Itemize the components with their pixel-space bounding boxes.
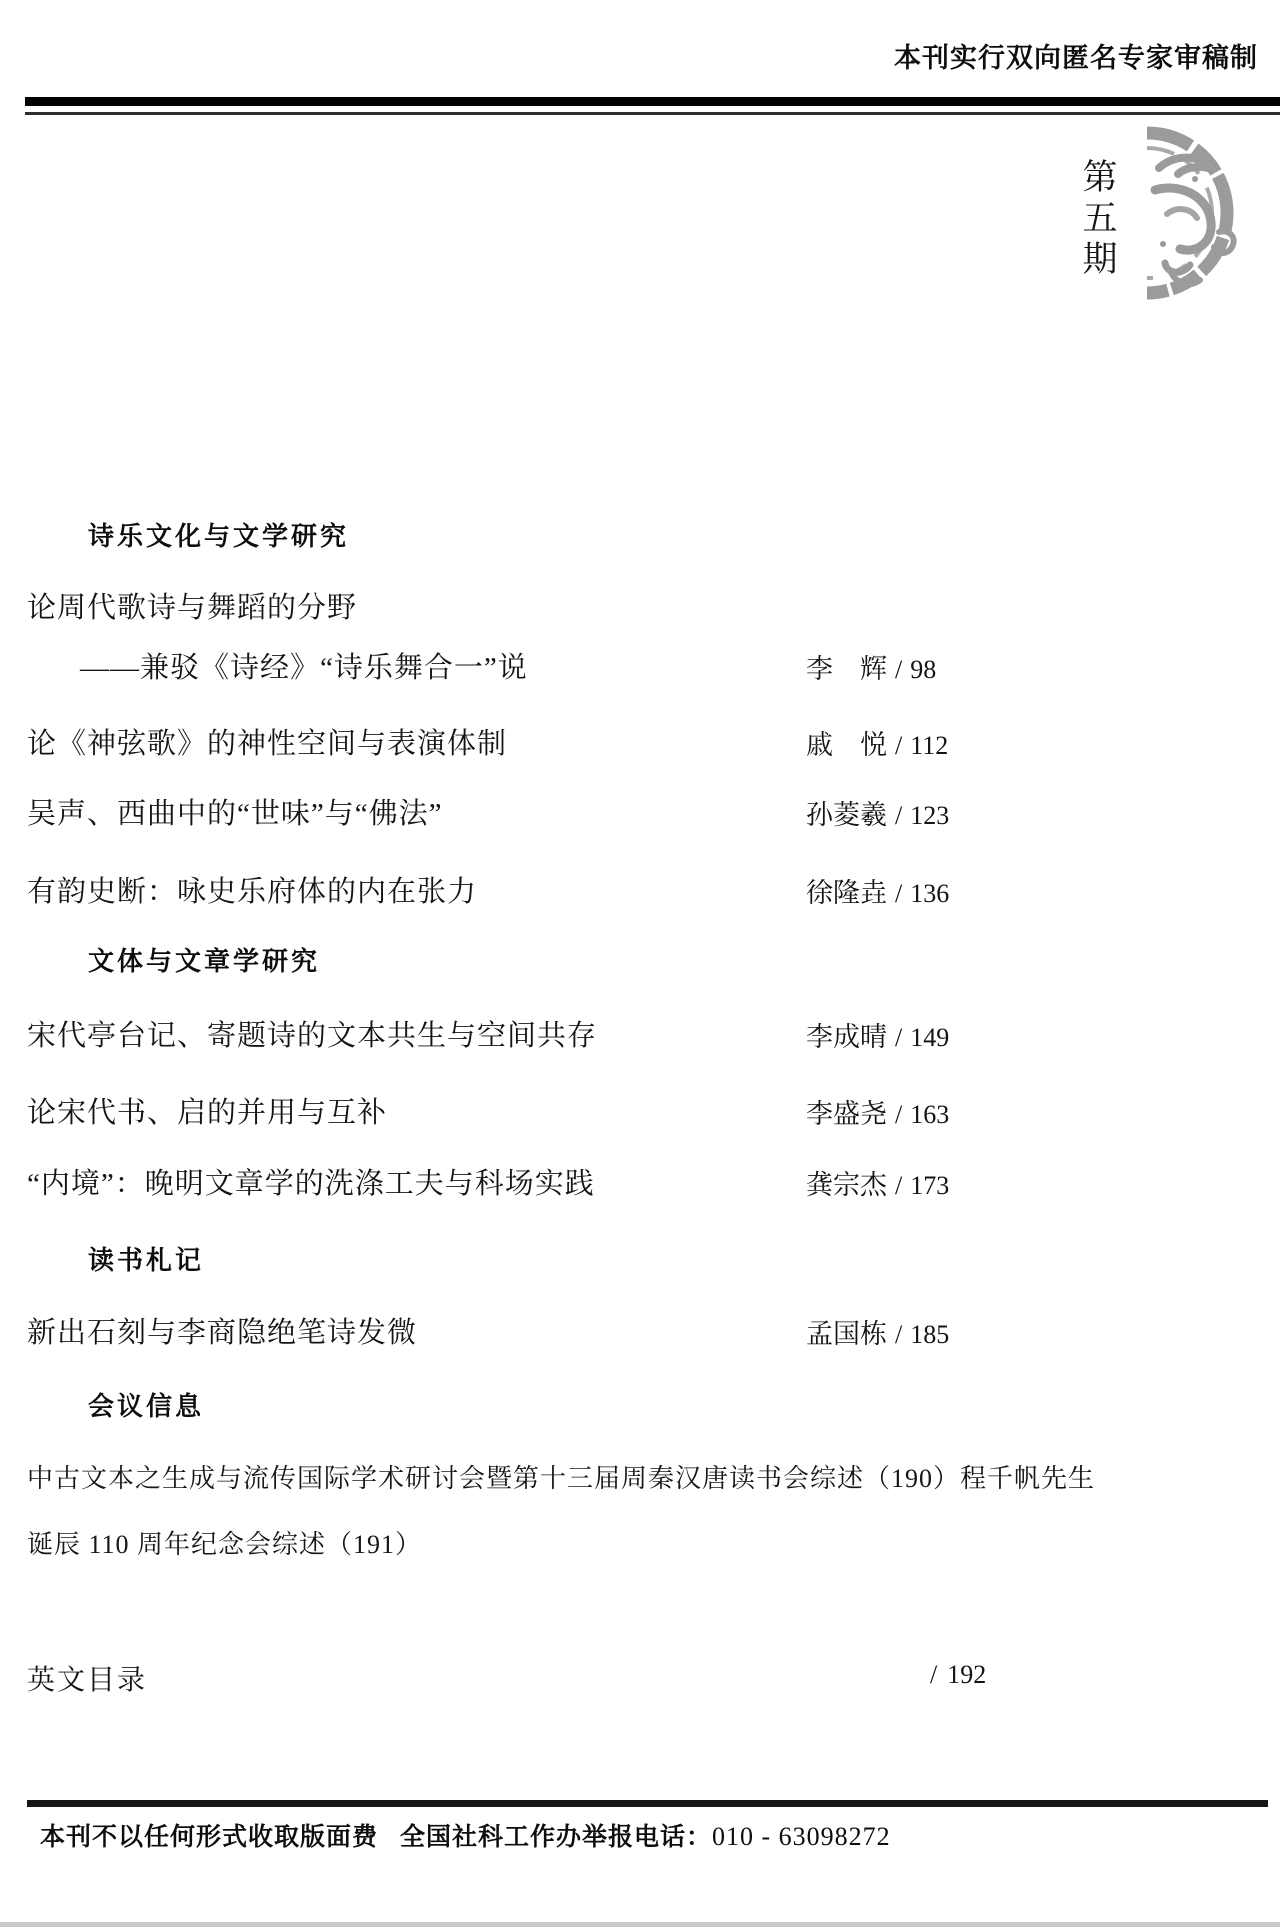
author-page-group: 龚宗杰/173 (806, 1163, 949, 1202)
toc-entry-row: 论《神弦歌》的神性空间与表演体制 戚 悦/112 (0, 721, 1280, 761)
article-title: 新出石刻与李商隐绝笔诗发微 (27, 1310, 417, 1351)
report-phone-number: 010 - 63098272 (712, 1822, 891, 1851)
section-heading-row: 读书札记 (0, 1240, 1280, 1280)
page-separator: / (887, 731, 910, 760)
conference-summary-line: 诞辰 110 周年纪念会综述（191） (0, 1524, 1280, 1564)
section-heading: 读书札记 (88, 1240, 204, 1277)
section-heading: 会议信息 (88, 1386, 204, 1423)
issue-number-label: 第五期 (1072, 158, 1122, 281)
toc-entry-subtitle-row: ——兼驳《诗经》“诗乐舞合一”说 李 辉/98 (0, 645, 1280, 685)
article-title: 论周代歌诗与舞蹈的分野 (27, 585, 357, 626)
toc-entry-title-row: 论周代歌诗与舞蹈的分野 (0, 585, 1280, 625)
article-page-number: 98 (910, 655, 936, 684)
section-heading: 文体与文章学研究 (88, 941, 320, 978)
article-author: 徐隆垚 (806, 878, 887, 908)
author-page-group: 李盛尧/163 (806, 1092, 949, 1131)
article-title: “内境”：晚明文章学的洗涤工夫与科场实践 (27, 1161, 595, 1202)
page-separator: / (887, 1100, 910, 1129)
article-page-number: 123 (910, 801, 949, 830)
article-author: 李盛尧 (806, 1099, 887, 1129)
section-heading-row: 会议信息 (0, 1386, 1280, 1426)
article-title: 论《神弦歌》的神性空间与表演体制 (27, 721, 507, 762)
conference-summary-text: 诞辰 110 周年纪念会综述（191） (27, 1524, 422, 1561)
toc-entry-row: 论宋代书、启的并用与互补 李盛尧/163 (0, 1090, 1280, 1130)
article-page-number: 163 (910, 1100, 949, 1129)
author-page-group: 戚 悦/112 (806, 723, 948, 762)
section-heading: 诗乐文化与文学研究 (88, 516, 349, 553)
article-page-number: 112 (910, 731, 948, 760)
conference-summary-text: 中古文本之生成与流传国际学术研讨会暨第十三届周秦汉唐读书会综述（190）程千帆先… (27, 1458, 1095, 1495)
article-author: 戚 悦 (806, 730, 887, 760)
article-title: 吴声、西曲中的“世味”与“佛法” (27, 791, 443, 832)
page-separator: / (887, 801, 910, 830)
conference-summary-line: 中古文本之生成与流传国际学术研讨会暨第十三届周秦汉唐读书会综述（190）程千帆先… (0, 1458, 1280, 1498)
section-heading-row: 诗乐文化与文学研究 (0, 516, 1280, 556)
article-page-number: 149 (910, 1023, 949, 1052)
article-title: 论宋代书、启的并用与互补 (27, 1090, 387, 1131)
article-author: 李成晴 (806, 1022, 887, 1052)
journal-toc-page: 本刊实行双向匿名专家审稿制 第五期 诗乐文化与文学研究 论周代歌诗与舞蹈的分野 … (0, 0, 1280, 1930)
report-phone-notice: 全国社科工作办举报电话：010 - 63098272 (400, 1817, 891, 1853)
toc-entry-row: 新出石刻与李商隐绝笔诗发微 孟国栋/185 (0, 1310, 1280, 1350)
footer-rule (27, 1800, 1268, 1807)
report-phone-label: 全国社科工作办举报电话： (400, 1823, 712, 1851)
toc-entry-row: “内境”：晚明文章学的洗涤工夫与科场实践 龚宗杰/173 (0, 1161, 1280, 1201)
author-page-group: 孟国栋/185 (806, 1312, 949, 1351)
no-fee-notice: 本刊不以任何形式收取版面费 (40, 1817, 378, 1853)
page-separator: / (887, 1171, 910, 1200)
page-separator: / (887, 1320, 910, 1349)
article-author: 龚宗杰 (806, 1170, 887, 1200)
article-subtitle: ——兼驳《诗经》“诗乐舞合一”说 (80, 645, 528, 686)
page-separator: / (887, 879, 910, 908)
english-contents-page-group: /192 (930, 1660, 986, 1690)
article-title: 宋代亭台记、寄题诗的文本共生与空间共存 (27, 1013, 597, 1054)
english-contents-title: 英文目录 (27, 1658, 147, 1698)
author-page-group: 李 辉/98 (806, 647, 936, 686)
english-contents-page-number: 192 (947, 1660, 986, 1689)
author-page-group: 徐隆垚/136 (806, 871, 949, 910)
article-page-number: 136 (910, 879, 949, 908)
toc-entry-row: 吴声、西曲中的“世味”与“佛法” 孙菱羲/123 (0, 791, 1280, 831)
dragon-seal-icon (1133, 124, 1247, 302)
footer: 本刊不以任何形式收取版面费 全国社科工作办举报电话：010 - 63098272 (0, 1817, 1280, 1851)
review-policy-notice: 本刊实行双向匿名专家审稿制 (894, 36, 1258, 75)
article-page-number: 185 (910, 1320, 949, 1349)
page-separator: / (887, 655, 910, 684)
author-page-group: 孙菱羲/123 (806, 793, 949, 832)
page-separator: / (930, 1660, 947, 1689)
page-separator: / (887, 1023, 910, 1052)
article-author: 孙菱羲 (806, 800, 887, 830)
top-rule-thin (25, 112, 1280, 115)
toc-entry-row: 宋代亭台记、寄题诗的文本共生与空间共存 李成晴/149 (0, 1013, 1280, 1053)
page-bottom-edge (0, 1922, 1280, 1927)
article-page-number: 173 (910, 1171, 949, 1200)
article-author: 孟国栋 (806, 1319, 887, 1349)
top-rule-thick (25, 97, 1280, 106)
toc-entry-row: 有韵史断：咏史乐府体的内在张力 徐隆垚/136 (0, 869, 1280, 909)
article-author: 李 辉 (806, 654, 887, 684)
article-title: 有韵史断：咏史乐府体的内在张力 (27, 869, 477, 910)
section-heading-row: 文体与文章学研究 (0, 941, 1280, 981)
english-contents-row: 英文目录 /192 (0, 1658, 1280, 1698)
author-page-group: 李成晴/149 (806, 1015, 949, 1054)
